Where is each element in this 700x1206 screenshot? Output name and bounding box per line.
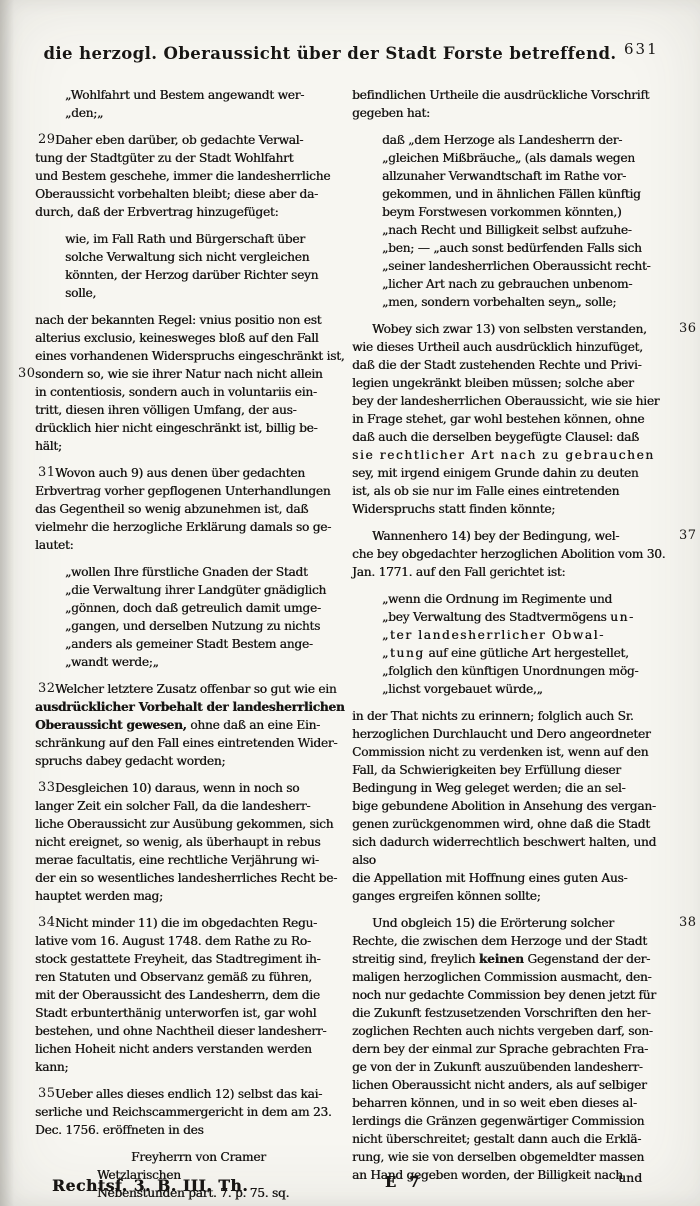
- paragraph-29: 29Daher eben darüber, ob gedachte Verwal…: [35, 131, 350, 221]
- paragraph-35-text: Ueber alles dieses endlich 12) selbst da…: [35, 1087, 332, 1137]
- book-page: die herzogl. Oberaussicht über der Stadt…: [0, 0, 700, 1206]
- paragraph-30-text: nach der bekannten Regel: vnius positio …: [35, 313, 344, 453]
- paragraph-34-text: Nicht minder 11) die im obgedachten Regu…: [35, 916, 326, 1074]
- margin-number-37: 37: [659, 527, 697, 545]
- catchword: und: [618, 1170, 642, 1185]
- paragraph-32: 32Welcher letztere Zusatz offenbar so gu…: [35, 680, 350, 770]
- quote-block-31: „wollen Ihre fürstliche Gnaden der Stadt…: [35, 563, 350, 671]
- left-column: „Wohlfahrt und Bestem angewandt wer- „de…: [35, 86, 350, 1206]
- paragraph-30: 30nach der bekannten Regel: vnius positi…: [35, 311, 350, 455]
- paragraph-33-text: Desgleichen 10) daraus, wenn in noch so …: [35, 781, 337, 903]
- paragraph-36-rest: sey, mit irgend einigem Grunde dahin zu …: [352, 466, 638, 516]
- paragraph-36-lead: Wobey sich zwar 13) von selbsten verstan…: [352, 322, 659, 444]
- margin-number-31: 31: [18, 464, 56, 482]
- paragraph-38-emphasis: keinen: [479, 952, 524, 966]
- paragraph-38: 38Und obgleich 15) die Erörterung solche…: [352, 914, 682, 1184]
- page-number: 631: [624, 40, 659, 58]
- paragraph-36-emphasis: sie rechtlicher Art nach zu gebrauchen: [352, 448, 655, 462]
- paragraph-31-text: Wovon auch 9) aus denen über gedachten E…: [35, 466, 331, 552]
- continued-quote: „Wohlfahrt und Bestem angewandt wer- „de…: [35, 86, 350, 122]
- right-column: befindlichen Urtheile die ausdrückliche …: [352, 86, 682, 1193]
- margin-number-29: 29: [18, 131, 56, 149]
- running-head: die herzogl. Oberaussicht über der Stadt…: [40, 44, 620, 63]
- paragraph-31: 31Wovon auch 9) aus denen über gedachten…: [35, 464, 350, 554]
- paragraph-37-text: Wannenhero 14) bey der Bedingung, wel- c…: [352, 529, 665, 579]
- paragraph-32-lead: Welcher letztere Zusatz offenbar so gut …: [55, 682, 336, 696]
- quote-block-judgment: daß „dem Herzoge als Landesherrn der- „g…: [352, 131, 682, 311]
- margin-number-35: 35: [18, 1085, 56, 1103]
- margin-number-36: 36: [659, 320, 697, 338]
- paragraph-35: 35Ueber alles dieses endlich 12) selbst …: [35, 1085, 350, 1139]
- gathering-signature-mark: E 7: [385, 1174, 423, 1191]
- opening-text: befindlichen Urtheile die ausdrückliche …: [352, 86, 682, 122]
- paragraph-29-text: Daher eben darüber, ob gedachte Verwal- …: [35, 133, 330, 219]
- quote-block-37: „wenn die Ordnung im Regimente und „bey …: [352, 590, 682, 698]
- volume-signature: Rechtsf. 3. B. III. Th.: [52, 1176, 248, 1195]
- paragraph-34: 34Nicht minder 11) die im obgedachten Re…: [35, 914, 350, 1076]
- paragraph-37: 37Wannenhero 14) bey der Bedingung, wel-…: [352, 527, 682, 581]
- margin-number-30: 30: [18, 365, 36, 383]
- margin-number-32: 32: [18, 680, 56, 698]
- paragraph-37-continuation: in der That nichts zu erinnern; folglich…: [352, 707, 682, 905]
- quote-37-lead: „wenn die Ordnung im Regimente und „bey …: [382, 592, 612, 624]
- paragraph-38-rest: Gegenstand der der- maligen herzoglichen…: [352, 952, 656, 1182]
- quote-block-29: wie, im Fall Rath und Bürgerschaft über …: [35, 230, 350, 302]
- paragraph-33: 33Desgleichen 10) daraus, wenn in noch s…: [35, 779, 350, 905]
- paragraph-36: 36Wobey sich zwar 13) von selbsten verst…: [352, 320, 682, 518]
- margin-number-34: 34: [18, 914, 56, 932]
- binding-shadow: [0, 0, 14, 1206]
- margin-number-33: 33: [18, 779, 56, 797]
- margin-number-38: 38: [659, 914, 697, 932]
